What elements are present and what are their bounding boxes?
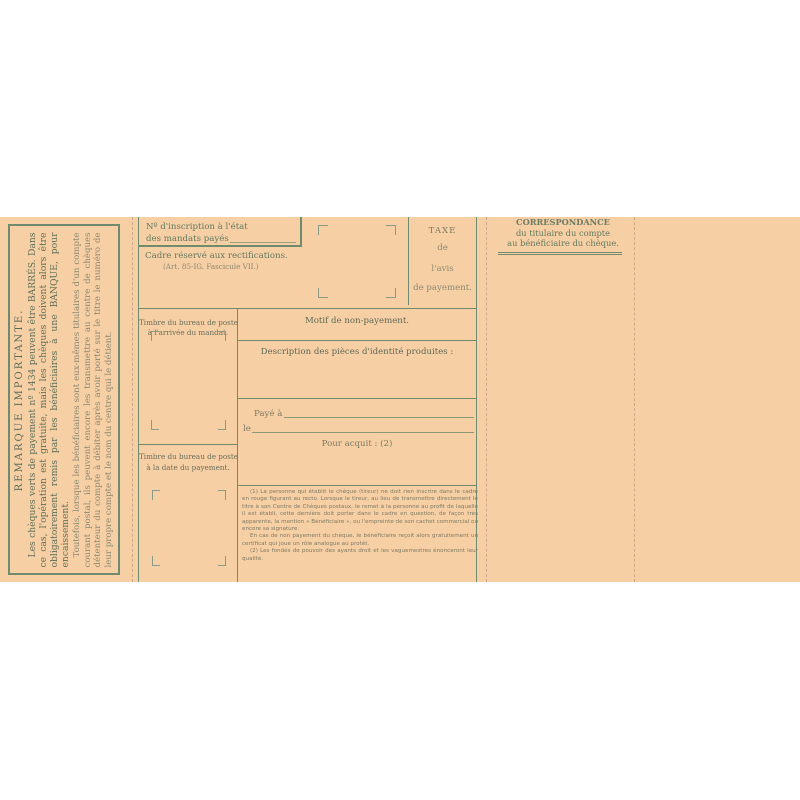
form-left-border <box>138 217 139 582</box>
inscription-label-line1: Nº d'inscription à l'état <box>146 222 248 232</box>
stamp-arrival-corner <box>151 420 159 430</box>
stamp-arrival-label-line1: Timbre du bureau de poste <box>139 318 237 327</box>
date-label: le <box>243 424 251 434</box>
payment-divider <box>238 485 476 486</box>
stamp-divider <box>138 444 237 445</box>
stamp-arrival-corner <box>151 331 159 341</box>
top-row-divider <box>138 308 476 309</box>
stamp-payment-corner <box>218 490 226 500</box>
corner-mark <box>318 288 328 298</box>
stamp-payment-label-line2: à la date du payement. <box>139 463 237 472</box>
non-payment-reason-label: Motif de non-payement. <box>238 316 476 326</box>
correspondance-underline-2 <box>498 254 622 255</box>
remark-paragraph-1: Les chèques verts de payement nº 1434 pe… <box>27 232 71 567</box>
important-remark-box: REMARQUE IMPORTANTE. Les chèques verts d… <box>8 224 120 575</box>
stamp-payment-corner <box>152 490 160 500</box>
correspondance-line2: au bénéficiaire du chèque. <box>490 238 636 249</box>
correspondance-title: CORRESPONDANCE <box>490 217 636 228</box>
stamp-payment-label-line1: Timbre du bureau de poste <box>139 452 237 461</box>
cheque-back-form: REMARQUE IMPORTANTE. Les chèques verts d… <box>0 217 800 582</box>
non-payment-divider <box>238 340 476 341</box>
paid-at-field[interactable] <box>284 417 474 418</box>
remark-title: REMARQUE IMPORTANTE. <box>14 232 25 567</box>
stamp-arrival-corner <box>218 331 226 341</box>
identity-documents-label: Description des pièces d'identité produi… <box>238 347 476 357</box>
footnote-2: (2) Les fondés de pouvoir des ayants dro… <box>242 548 478 563</box>
footnote-1b: En cas de non payement du chèque, le bén… <box>242 533 478 548</box>
paid-at-label: Payé à <box>254 409 282 419</box>
taxe-label-line1: TAXE <box>409 226 476 236</box>
remark-content: REMARQUE IMPORTANTE. Les chèques verts d… <box>14 232 114 567</box>
perforation-line-left <box>132 217 133 582</box>
correspondance-underline-1 <box>498 252 622 253</box>
correspondance-line1: du titulaire du compte <box>490 228 636 239</box>
rectifications-title: Cadre réservé aux rectifications. <box>145 251 288 261</box>
footnotes: (1) La personne qui établit le chèque (t… <box>242 489 478 563</box>
perforation-line-middle <box>486 217 487 582</box>
stamp-payment-corner <box>152 556 160 566</box>
rectifications-subtitle: (Art. 85-IG. Fascicule VII.) <box>163 262 259 271</box>
inscription-box-bottom-border <box>138 245 302 247</box>
remark-paragraph-2: Toutefois, lorsque les bénéficiaires son… <box>72 232 114 567</box>
correspondance-header: CORRESPONDANCE du titulaire du compte au… <box>490 217 636 249</box>
date-field[interactable] <box>252 432 474 433</box>
receipt-label: Pour acquit : (2) <box>238 439 476 449</box>
inscription-number-field[interactable] <box>230 242 296 243</box>
perforation-line-right <box>634 217 635 582</box>
identity-divider <box>238 398 476 399</box>
correspondance-area[interactable] <box>490 259 632 579</box>
inscription-label-line2: des mandats payés <box>146 234 229 244</box>
inscription-box-right-border <box>300 217 302 246</box>
corner-mark <box>386 288 396 298</box>
stamp-arrival-corner <box>218 420 226 430</box>
stamp-payment-corner <box>218 556 226 566</box>
taxe-label-line4: de payement. <box>409 283 476 293</box>
taxe-label-line2: de <box>409 243 476 253</box>
footnote-1: (1) La personne qui établit le chèque (t… <box>242 489 478 533</box>
taxe-label-line3: l'avis <box>409 264 476 274</box>
corner-mark <box>386 225 396 235</box>
corner-mark <box>318 225 328 235</box>
